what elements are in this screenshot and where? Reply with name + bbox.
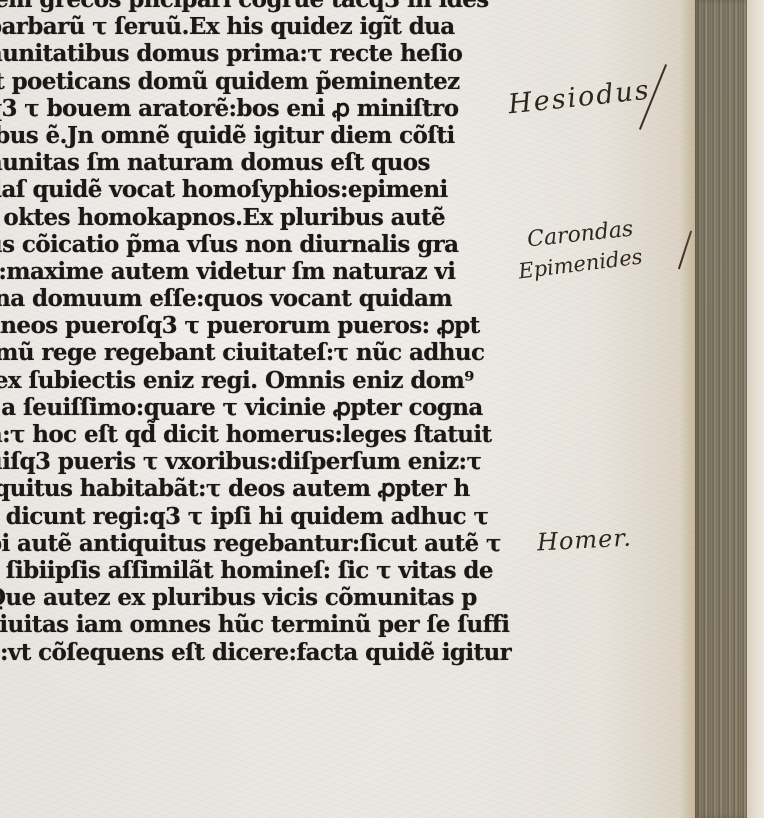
text-line: bi autẽ antiquitus regebantur:ſicut autẽ… — [0, 530, 486, 557]
text-line: ciuitas iam omnes hũc terminũ per ſe ſuf… — [0, 611, 486, 638]
text-line: ibus ẽ.Jn omnẽ quidẽ igitur diem cõſti — [0, 122, 486, 149]
text-line: uiſq3 pueris τ vxoribus:diſperſum eniz:τ — [0, 448, 486, 475]
text-line: us cõicatio p̃ma vſus non diurnalis gra — [0, 231, 486, 258]
text-line: daſ quidẽ vocat homoſyphios:epimeni — [0, 176, 486, 203]
text-line: iem grecos pncipari cogrue tacq3 in ides — [0, 0, 486, 13]
text-line: ina domuum eſſe:quos vocant quidam — [0, 285, 486, 312]
printed-text-block: iem grecos pncipari cogrue tacq3 in ides… — [0, 0, 486, 666]
text-line: barbarũ τ ſeruũ.Ex his quidez igĩt dua — [0, 13, 486, 40]
text-line: e:vt cõſequens eſt dicere:facta quidẽ ig… — [0, 639, 486, 666]
background-strip — [747, 0, 764, 818]
text-line: nunitatibus domus prima:τ recte heſio — [0, 40, 486, 67]
text-line: s ſibiipſis aſſimilãt homineſ: ſic τ vit… — [0, 557, 486, 584]
book-page-edges — [695, 0, 747, 818]
book-page: iem grecos pncipari cogrue tacq3 in ides… — [0, 0, 700, 818]
text-line: t oktes homokapnos.Ex pluribus autẽ — [0, 204, 486, 231]
text-line: : a ſeuiſſimo:quare τ vicinie ꝓpter cogn… — [0, 394, 486, 421]
text-line: :ex ſubiectis eniz regi. Omnis eniz dom⁹ — [0, 367, 486, 394]
text-line: q3 τ bouem aratorẽ:bos eni ꝓ miniſtro — [0, 95, 486, 122]
text-line: Que autez ex pluribus vicis cõmunitas p — [0, 584, 486, 611]
text-line: aneos pueroſq3 τ puerorum pueros: ꝓpt — [0, 312, 486, 339]
text-line: it poeticans domũ quidem p̃eminentez — [0, 68, 486, 95]
text-line: imũ rege regebant ciuitateſ:τ nũc adhuc — [0, 339, 486, 366]
text-line: n:τ hoc eſt qd̃ dicit homerus:leges ſtat… — [0, 421, 486, 448]
text-line: s:maxime autem videtur ſm naturaz vi — [0, 258, 486, 285]
text-line: s dicunt regi:q3 τ ipſi hi quidem adhuc … — [0, 503, 486, 530]
text-line: nunitas ſm naturam domus eſt quos — [0, 149, 486, 176]
text-line: iquitus habitabãt:τ deos autem ꝓpter h — [0, 475, 486, 502]
marginal-note-homer: Homer. — [536, 524, 632, 557]
marginal-note-hesiodus: Hesiodus — [507, 75, 652, 121]
